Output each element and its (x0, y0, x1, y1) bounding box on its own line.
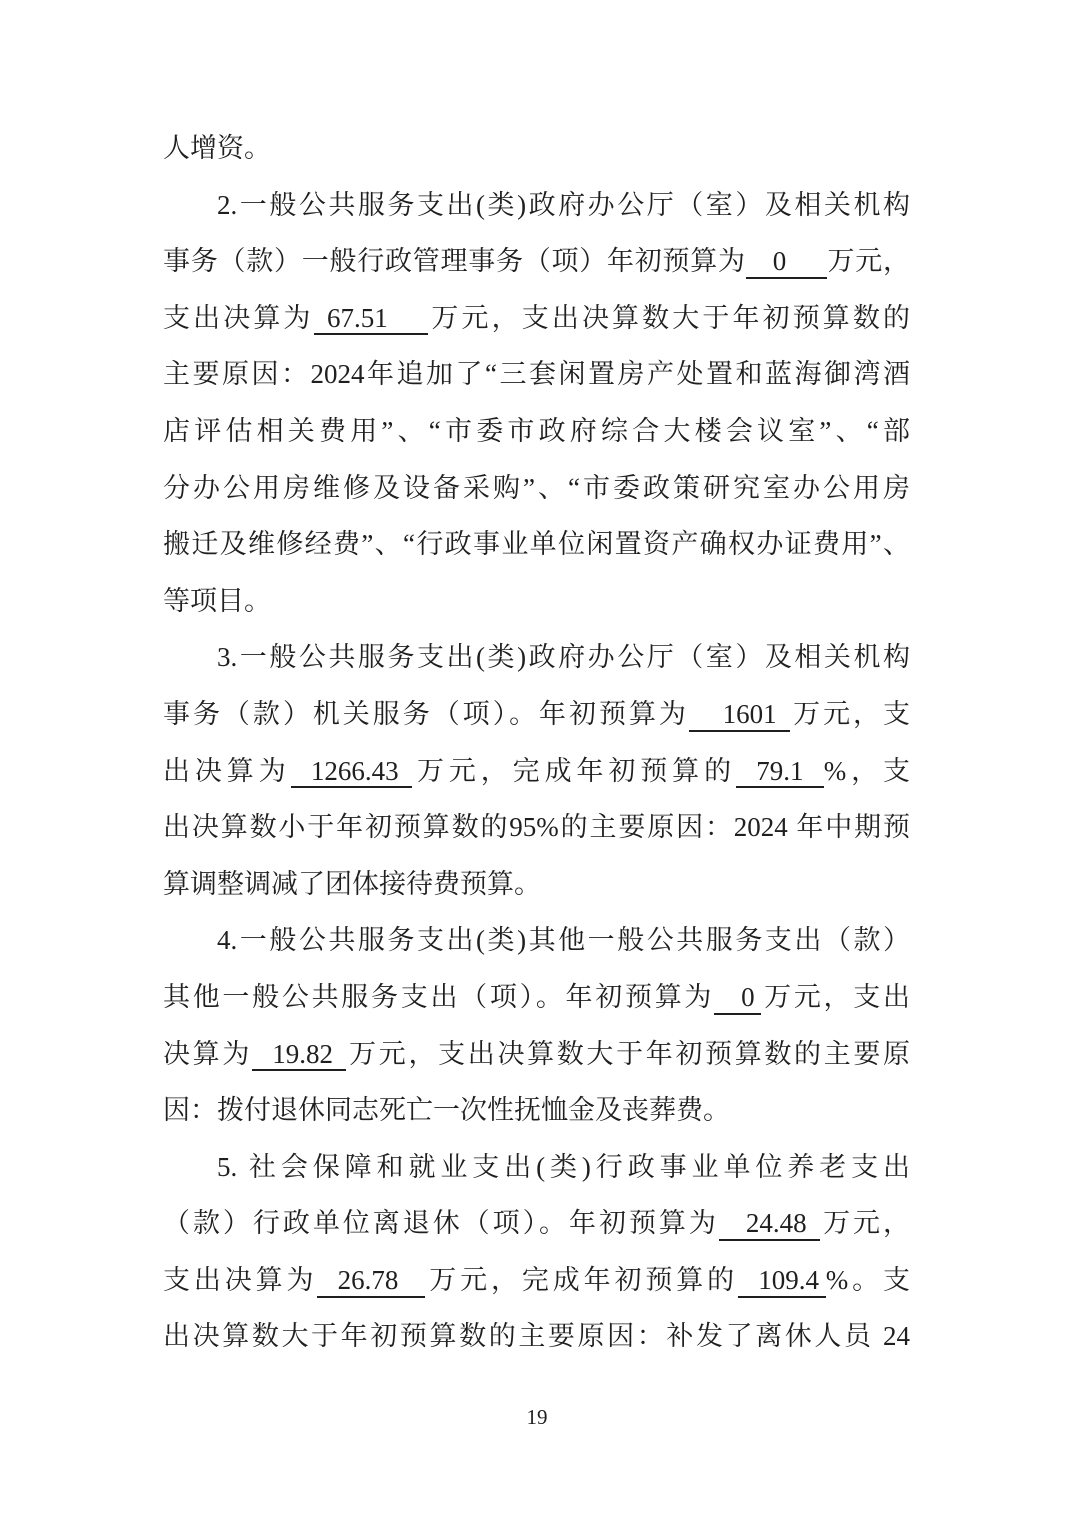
text-segment: 搬迁及维修经费”、“行政事业单位闲置资产确权办证费用”、 (163, 529, 910, 559)
text-line: 算调整调减了团体接待费预算。 (163, 856, 910, 913)
text-segment: 万元，完成年初预算的 (425, 1265, 738, 1295)
text-segment: 万元，支出 (761, 982, 910, 1012)
text-line: 主要原因：2024年追加了“三套闲置房产处置和蓝海御湾酒 (163, 346, 910, 403)
text-segment: 主要原因：2024年追加了“三套闲置房产处置和蓝海御湾酒 (163, 359, 910, 389)
text-line: 支出决算为 67.51 万元，支出决算数大于年初预算数的 (163, 290, 910, 347)
text-segment: %，支 (824, 756, 910, 786)
text-line: 人增资。 (163, 120, 910, 177)
text-segment: 万元，支出决算数大于年初预算数的 (428, 303, 910, 333)
text-segment: 万元， (820, 1208, 910, 1238)
text-segment: 支出决算为 (163, 1265, 317, 1295)
text-segment: 事务（款）机关服务（项）。年初预算为 (163, 699, 689, 729)
document-body: 人增资。 2.一般公共服务支出(类)政府办公厅（室）及相关机构 事务（款）一般行… (163, 120, 910, 1365)
text-line: 事务（款）一般行政管理事务（项）年初预算为 0 万元， (163, 233, 910, 290)
text-segment: 万元，支 (790, 699, 910, 729)
text-line: 决算为 19.82 万元，支出决算数大于年初预算数的主要原 (163, 1026, 910, 1083)
text-line: （款）行政单位离退休（项）。年初预算为 24.48 万元， (163, 1195, 910, 1252)
text-line: 5. 社会保障和就业支出(类)行政事业单位养老支出 (163, 1139, 910, 1196)
underlined-value: 24.48 (719, 1209, 820, 1241)
underlined-value: 1266.43 (291, 757, 413, 789)
text-segment: 万元，完成年初预算的 (412, 756, 736, 786)
underlined-value: 1601 (689, 700, 790, 732)
text-segment: 万元， (827, 246, 910, 276)
text-line: 出决算为 1266.43 万元，完成年初预算的 79.1 %，支 (163, 743, 910, 800)
text-line: 等项目。 (163, 573, 910, 630)
page-number: 19 (0, 1402, 1074, 1432)
text-segment: 人增资。 (163, 133, 271, 163)
text-line: 4.一般公共服务支出(类)其他一般公共服务支出（款） (163, 912, 910, 969)
text-segment: 其他一般公共服务支出（项）。年初预算为 (163, 982, 714, 1012)
text-segment: 店评估相关费用”、“市委市政府综合大楼会议室”、“部 (163, 416, 910, 446)
text-segment: %。支 (826, 1265, 910, 1295)
text-line: 出决算数大于年初预算数的主要原因：补发了离休人员 24 (163, 1308, 910, 1365)
underlined-value: 79.1 (736, 757, 824, 789)
text-segment: 出决算数大于年初预算数的主要原因：补发了离休人员 24 (163, 1321, 910, 1351)
text-line: 出决算数小于年初预算数的95%的主要原因：2024 年中期预 (163, 799, 910, 856)
underlined-value: 0 (746, 247, 827, 279)
text-segment: 出决算为 (163, 756, 291, 786)
text-line: 事务（款）机关服务（项）。年初预算为 1601 万元，支 (163, 686, 910, 743)
text-segment: 事务（款）一般行政管理事务（项）年初预算为 (163, 246, 746, 276)
text-line: 3.一般公共服务支出(类)政府办公厅（室）及相关机构 (163, 629, 910, 686)
text-segment: （款）行政单位离退休（项）。年初预算为 (163, 1208, 719, 1238)
text-segment: 等项目。 (163, 586, 271, 616)
text-line: 因：拨付退休同志死亡一次性抚恤金及丧葬费。 (163, 1082, 910, 1139)
text-segment: 分办公用房维修及设备采购”、“市委政策研究室办公用房 (163, 473, 910, 503)
text-segment: 2.一般公共服务支出(类)政府办公厅（室）及相关机构 (217, 190, 910, 220)
document-page: 人增资。 2.一般公共服务支出(类)政府办公厅（室）及相关机构 事务（款）一般行… (0, 0, 1074, 1520)
text-line: 搬迁及维修经费”、“行政事业单位闲置资产确权办证费用”、 (163, 516, 910, 573)
text-segment: 算调整调减了团体接待费预算。 (163, 869, 541, 899)
text-segment: 支出决算为 (163, 303, 314, 333)
underlined-value: 109.4 (738, 1266, 826, 1298)
text-line: 分办公用房维修及设备采购”、“市委政策研究室办公用房 (163, 460, 910, 517)
text-segment: 3.一般公共服务支出(类)政府办公厅（室）及相关机构 (217, 642, 910, 672)
underlined-value: 19.82 (252, 1040, 347, 1072)
underlined-value: 0 (714, 983, 761, 1015)
text-line: 2.一般公共服务支出(类)政府办公厅（室）及相关机构 (163, 177, 910, 234)
text-line: 店评估相关费用”、“市委市政府综合大楼会议室”、“部 (163, 403, 910, 460)
text-segment: 出决算数小于年初预算数的95%的主要原因：2024 年中期预 (163, 812, 910, 842)
text-line: 其他一般公共服务支出（项）。年初预算为 0 万元，支出 (163, 969, 910, 1026)
text-segment: 因：拨付退休同志死亡一次性抚恤金及丧葬费。 (163, 1095, 730, 1125)
text-segment: 决算为 (163, 1039, 252, 1069)
text-line: 支出决算为 26.78 万元，完成年初预算的 109.4 %。支 (163, 1252, 910, 1309)
text-segment: 4.一般公共服务支出(类)其他一般公共服务支出（款） (217, 925, 910, 955)
underlined-value: 26.78 (317, 1266, 425, 1298)
text-segment: 5. 社会保障和就业支出(类)行政事业单位养老支出 (217, 1152, 910, 1182)
text-segment: 万元，支出决算数大于年初预算数的主要原 (346, 1039, 910, 1069)
underlined-value: 67.51 (314, 304, 429, 336)
